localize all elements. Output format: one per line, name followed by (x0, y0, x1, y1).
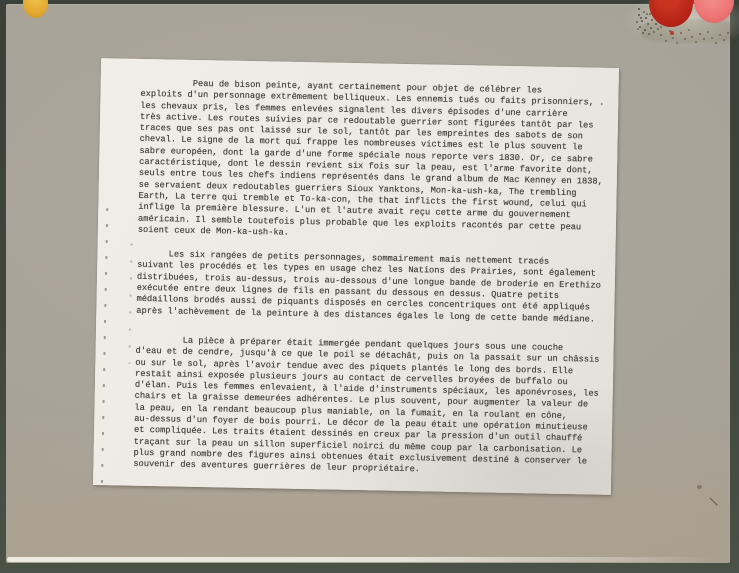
glue-smudge-left (638, 8, 640, 10)
note-paragraph-2: Les six rangées de petits personnages, s… (136, 249, 609, 326)
paper-note: Peau de bison peinte, ayant certainement… (93, 58, 619, 495)
red-speck (670, 31, 674, 35)
note-paragraph-1: Peau de bison peinte, ayant certainement… (138, 78, 613, 245)
paper-margin-marks (100, 208, 108, 495)
mat-speck (697, 485, 702, 489)
photo-frame: Peau de bison peinte, ayant certainement… (0, 0, 739, 573)
paper-margin-marks-2 (128, 244, 132, 364)
glue-smudge-right (660, 26, 662, 28)
glue-smudge-wash (641, 19, 738, 43)
note-paragraph-3: La pièce à préparer était immergée penda… (133, 335, 608, 480)
edge-highlight-line (7, 557, 712, 562)
